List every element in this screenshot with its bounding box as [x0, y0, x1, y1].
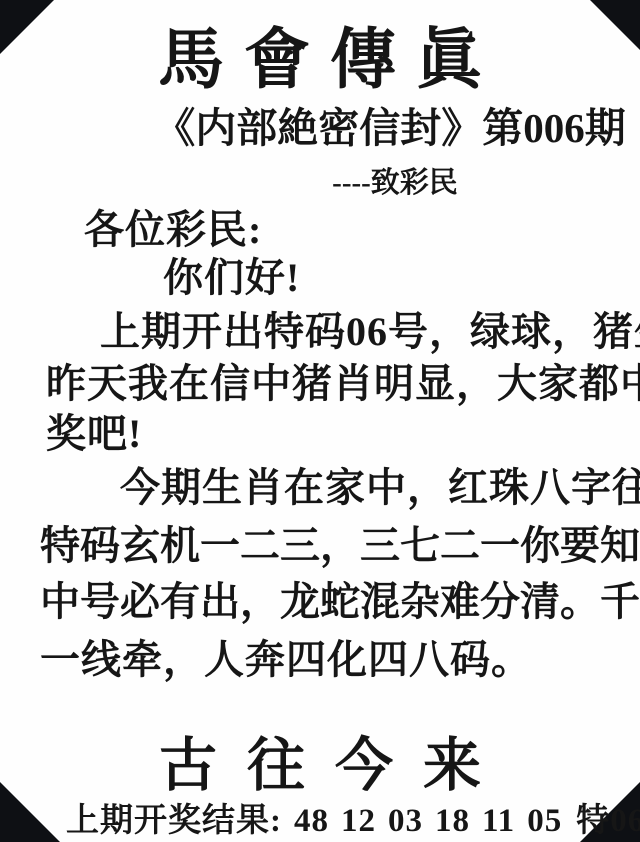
special-label: 特: [576, 803, 610, 839]
result-number: 03: [388, 803, 423, 839]
greeting: 你们好!: [163, 256, 300, 300]
body-line: 奖吧!: [46, 412, 142, 456]
special-number-group: 特06: [576, 803, 640, 839]
result-number: 48: [294, 803, 329, 839]
result-number: 11: [482, 803, 515, 839]
dedication-line: ----致彩民: [0, 160, 640, 201]
issue-subtitle: 《内部絶密信封》第006期: [0, 106, 640, 151]
special-number: 06: [610, 803, 640, 839]
results-label: 上期开奖结果:: [66, 803, 282, 839]
slogan: 古往今来: [0, 718, 640, 802]
body-line: 今期生肖在家中，红珠八字往你送。: [120, 466, 640, 510]
salutation: 各位彩民:: [84, 208, 262, 252]
body-line: 中号必有出，龙蛇混杂难分清。千里姻缘: [40, 580, 640, 624]
body-line: 一线牵，人奔四化四八码。: [40, 638, 532, 682]
page-title: 馬會傳眞: [0, 26, 640, 95]
fax-letter-page: 馬會傳眞 《内部絶密信封》第006期 ----致彩民 各位彩民: 你们好! 上期…: [0, 0, 640, 842]
body-line: 昨天我在信中猪肖明显，大家都中了大: [46, 362, 640, 406]
result-number: 12: [341, 803, 376, 839]
body-line: 上期开出特码06号，绿球，猪生肖。: [100, 310, 640, 354]
results-line: 上期开奖结果:481203181105特06: [66, 794, 640, 841]
result-number: 05: [527, 803, 562, 839]
body-line: 特码玄机一二三，三七二一你要知。小数: [40, 524, 640, 568]
result-number: 18: [435, 803, 470, 839]
